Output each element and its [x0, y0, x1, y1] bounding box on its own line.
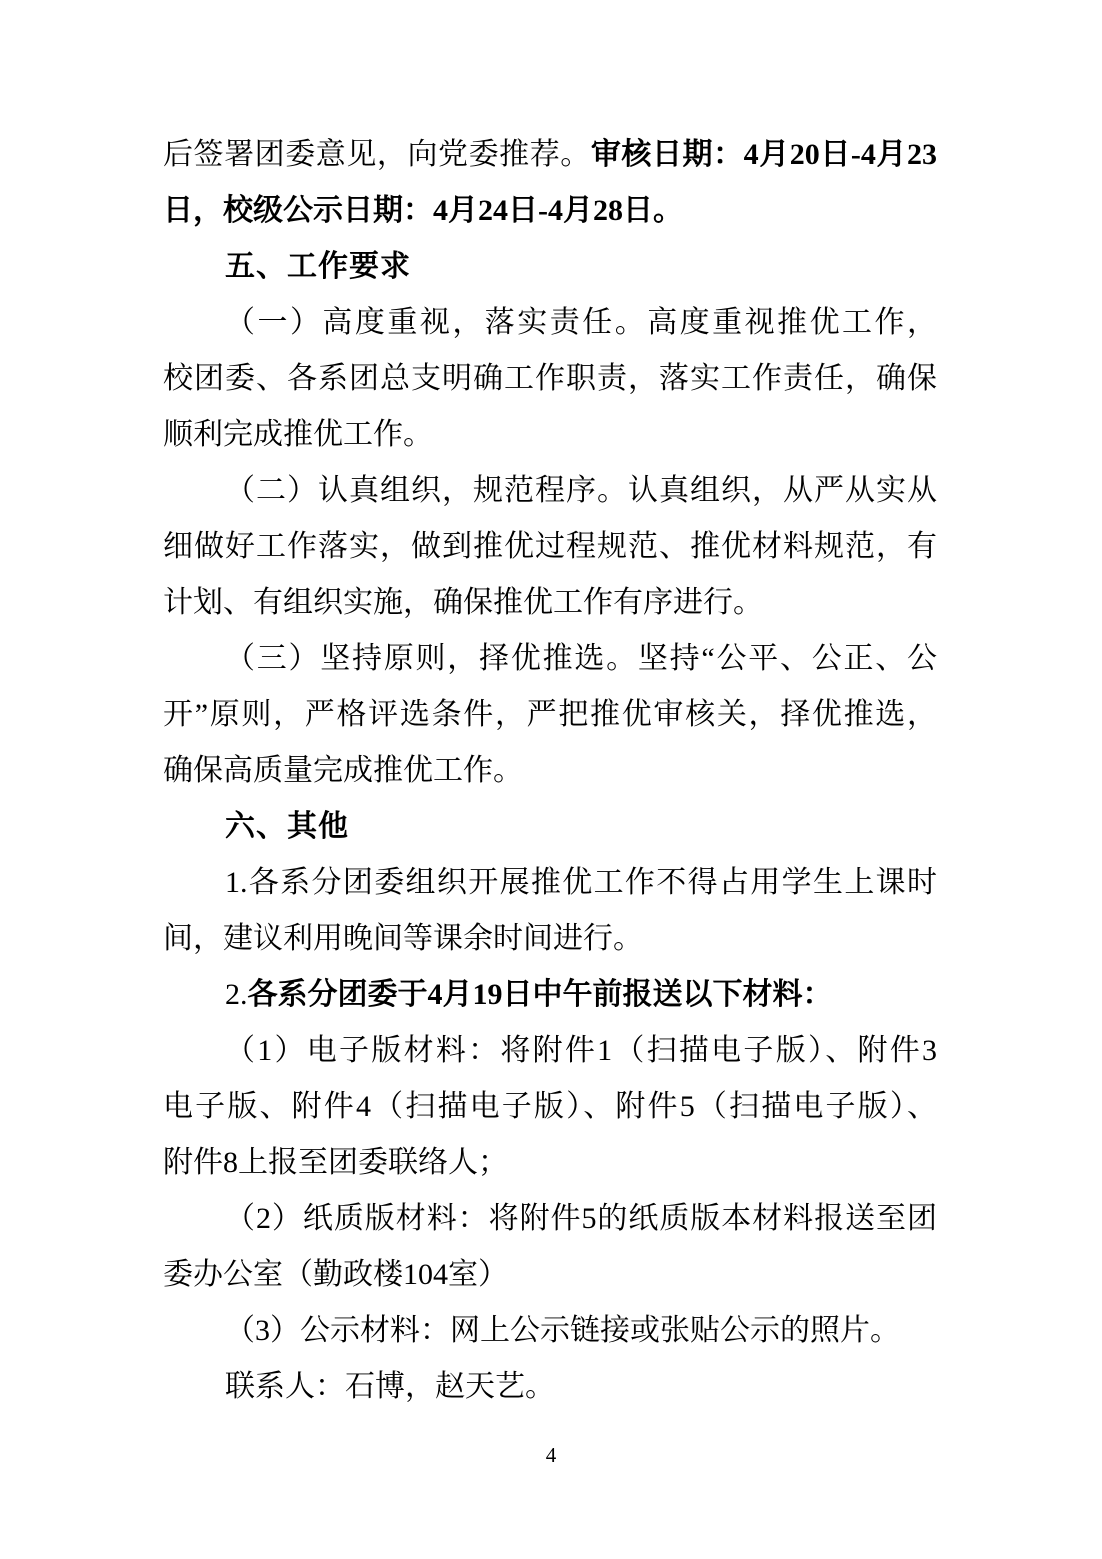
document-line: 顺利完成推优工作。	[163, 407, 937, 463]
document-line: 校团委、各系团总支明确工作职责，落实工作责任，确保	[163, 351, 937, 407]
document-line: 委办公室（勤政楼104室）	[163, 1247, 937, 1303]
text-segment: 各系分团委于4月19日中午前报送以下材料：	[248, 978, 833, 1011]
page-number: 4	[0, 1440, 1102, 1470]
text-segment: 开”原则，严格评选条件，严把推优审核关，择优推选，	[163, 698, 937, 731]
text-segment: 日，校级公示日期：4月24日-4月28日。	[163, 194, 683, 227]
text-segment: 校团委、各系团总支明确工作职责，落实工作责任，确保	[163, 362, 937, 395]
document-page: 后签署团委意见，向党委推荐。审核日期：4月20日-4月23日，校级公示日期：4月…	[0, 0, 1102, 1559]
text-segment: 间，建议利用晚间等课余时间进行。	[163, 922, 643, 955]
section-heading: 五、工作要求	[163, 239, 937, 295]
document-line: 细做好工作落实，做到推优过程规范、推优材料规范，有	[163, 519, 937, 575]
document-line: 电子版、附件4（扫描电子版）、附件5（扫描电子版）、	[163, 1079, 937, 1135]
text-segment: 顺利完成推优工作。	[163, 418, 433, 451]
text-segment: 2.	[225, 978, 248, 1011]
text-segment: 后签署团委意见，向党委推荐。	[163, 138, 591, 171]
document-line: （3）公示材料：网上公示链接或张贴公示的照片。	[163, 1303, 937, 1359]
document-line: 2.各系分团委于4月19日中午前报送以下材料：	[163, 967, 937, 1023]
text-segment: 附件8上报至团委联络人；	[163, 1146, 508, 1179]
text-segment: 联系人：石博，赵天艺。	[225, 1370, 555, 1403]
document-line: 开”原则，严格评选条件，严把推优审核关，择优推选，	[163, 687, 937, 743]
document-line: 计划、有组织实施，确保推优工作有序进行。	[163, 575, 937, 631]
document-line: 日，校级公示日期：4月24日-4月28日。	[163, 183, 937, 239]
document-line: （三）坚持原则，择优推选。坚持“公平、公正、公	[163, 631, 937, 687]
text-segment: （2）纸质版材料：将附件5的纸质版本材料报送至团	[225, 1202, 937, 1235]
text-segment: （1）电子版材料：将附件1（扫描电子版）、附件3	[225, 1034, 937, 1067]
text-segment: 细做好工作落实，做到推优过程规范、推优材料规范，有	[163, 530, 937, 563]
text-segment: 委办公室（勤政楼104室）	[163, 1258, 508, 1291]
document-line: 后签署团委意见，向党委推荐。审核日期：4月20日-4月23	[163, 127, 937, 183]
section-heading: 六、其他	[163, 799, 937, 855]
text-segment: 六、其他	[225, 810, 349, 843]
document-line: （1）电子版材料：将附件1（扫描电子版）、附件3	[163, 1023, 937, 1079]
document-line: 确保高质量完成推优工作。	[163, 743, 937, 799]
text-segment: 1.各系分团委组织开展推优工作不得占用学生上课时	[225, 866, 937, 899]
text-segment: （三）坚持原则，择优推选。坚持“公平、公正、公	[225, 642, 937, 675]
text-segment: （3）公示材料：网上公示链接或张贴公示的照片。	[225, 1314, 900, 1347]
document-line: 联系人：石博，赵天艺。	[163, 1359, 937, 1415]
document-line: 1.各系分团委组织开展推优工作不得占用学生上课时	[163, 855, 937, 911]
text-segment: 审核日期：4月20日-4月23	[591, 138, 937, 171]
text-segment: 五、工作要求	[225, 250, 411, 283]
document-line: 附件8上报至团委联络人；	[163, 1135, 937, 1191]
document-line: （二）认真组织，规范程序。认真组织，从严从实从	[163, 463, 937, 519]
document-line: 间，建议利用晚间等课余时间进行。	[163, 911, 937, 967]
document-line: （2）纸质版材料：将附件5的纸质版本材料报送至团	[163, 1191, 937, 1247]
text-segment: （二）认真组织，规范程序。认真组织，从严从实从	[225, 474, 937, 507]
text-segment: （一）高度重视，落实责任。高度重视推优工作，	[225, 306, 937, 339]
text-segment: 计划、有组织实施，确保推优工作有序进行。	[163, 586, 763, 619]
document-body: 后签署团委意见，向党委推荐。审核日期：4月20日-4月23日，校级公示日期：4月…	[163, 127, 937, 1415]
document-line: （一）高度重视，落实责任。高度重视推优工作，	[163, 295, 937, 351]
text-segment: 电子版、附件4（扫描电子版）、附件5（扫描电子版）、	[163, 1090, 937, 1123]
text-segment: 确保高质量完成推优工作。	[163, 754, 523, 787]
